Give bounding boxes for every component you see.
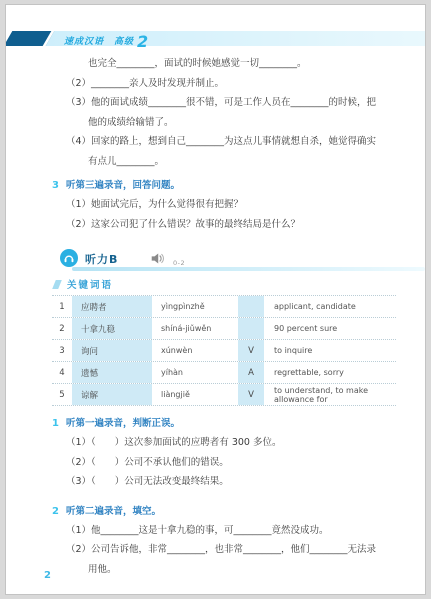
exercise-line: （4）回家的路上，想到自己________为这点儿事情就想自杀，她觉得确实 (50, 132, 403, 152)
vocab-row: 3 询问 xúnwèn V to inquire (52, 340, 396, 362)
section-title: 听第三遍录音，回答问题。 (66, 176, 180, 195)
vocab-num: 3 (52, 340, 72, 361)
vocab-pinyin: yìngpìnzhě (152, 296, 238, 317)
vocab-num: 2 (52, 318, 72, 339)
previous-exercise-block: 也完全________，面试的时候她感觉一切________。 （2）_____… (50, 54, 403, 171)
section-number: 1 (50, 414, 66, 433)
exercise-line: 也完全________，面试的时候她感觉一切________。 (50, 54, 403, 74)
fill-blank-line: （1）他________这是十拿九稳的事，可________竟然没成功。 (50, 521, 403, 541)
section-heading: 1 听第一遍录音，判断正误。 (50, 414, 403, 433)
vocab-row: 5 谅解 liàngjiě V to understand, to make a… (52, 384, 396, 406)
fill-blank-line: 用他。 (50, 560, 403, 580)
vocab-pinyin: xúnwèn (152, 340, 238, 361)
section-heading: 2 听第二遍录音，填空。 (50, 502, 403, 521)
vocab-row: 4 遗憾 yíhàn A regrettable, sorry (52, 362, 396, 384)
headphone-icon (60, 249, 78, 267)
vocab-pos: V (238, 384, 264, 405)
vocab-num: 5 (52, 384, 72, 405)
vocab-word: 应聘者 (72, 296, 152, 317)
vocab-meaning: to inquire (264, 340, 396, 361)
vocab-pos (238, 318, 264, 339)
book-title: 速成汉语高级2 (64, 32, 149, 51)
section-number: 2 (50, 502, 66, 521)
triangle-marker-icon (52, 280, 62, 289)
vocab-pos: V (238, 340, 264, 361)
section-heading: 3 听第三遍录音，回答问题。 (50, 176, 403, 195)
vocab-row: 2 十拿九稳 shíná-jiǔwěn 90 percent sure (52, 318, 396, 340)
exercise-line: 有点儿________。 (50, 152, 403, 172)
question-item: （1）她面试完后，为什么觉得很有把握？ (50, 195, 403, 215)
section-title: 听第一遍录音，判断正误。 (66, 414, 180, 433)
fill-blank-line: （2）公司告诉他，非常________，也非常________，他们______… (50, 540, 403, 560)
speaker-icon (150, 250, 165, 269)
section-title: 听第二遍录音，填空。 (66, 502, 161, 521)
vocab-pos (238, 296, 264, 317)
vocab-word: 十拿九稳 (72, 318, 152, 339)
vocab-table: 1 应聘者 yìngpìnzhě applicant, candidate 2 … (52, 295, 396, 406)
question-item: （2）这家公司犯了什么错误？故事的最终结局是什么？ (50, 215, 403, 235)
listening-b-header: 听力B 0-2 (60, 247, 403, 273)
vocab-pinyin: liàngjiě (152, 384, 238, 405)
vocab-pos: A (238, 362, 264, 383)
vocab-word: 谅解 (72, 384, 152, 405)
listening-b-title: 听力B (85, 251, 118, 267)
textbook-page: 速成汉语高级2 也完全________，面试的时候她感觉一切________。 … (5, 4, 426, 595)
vocab-word: 询问 (72, 340, 152, 361)
vocab-pinyin: shíná-jiǔwěn (152, 318, 238, 339)
section-number: 3 (50, 176, 66, 195)
series-title: 速成汉语 (64, 37, 104, 47)
exercise-line: （3）他的面试成绩________很不错，可是工作人员在________的时候，… (50, 93, 403, 113)
vocab-row: 1 应聘者 yìngpìnzhě applicant, candidate (52, 296, 396, 318)
keywords-label: 关键词语 (67, 277, 113, 291)
audio-track-label: 0-2 (173, 259, 185, 267)
vocab-meaning: applicant, candidate (264, 296, 396, 317)
vocab-num: 1 (52, 296, 72, 317)
true-false-item: （3）（ ）公司无法改变最终结果。 (50, 472, 403, 492)
true-false-item: （1）（ ）这次参加面试的应聘者有 300 多位。 (50, 433, 403, 453)
level-label: 高级 (114, 37, 134, 47)
keywords-heading: 关键词语 (54, 277, 403, 291)
vocab-word: 遗憾 (72, 362, 152, 383)
vocab-meaning: to understand, to make allowance for (264, 384, 396, 405)
exercise-line: （2）________亲人及时发现并制止。 (50, 74, 403, 94)
exercise-line: 他的成绩给输错了。 (50, 113, 403, 133)
vocab-num: 4 (52, 362, 72, 383)
header-flag-shape (5, 31, 54, 46)
vocab-meaning: regrettable, sorry (264, 362, 396, 383)
page-content: 也完全________，面试的时候她感觉一切________。 （2）_____… (6, 48, 425, 579)
vocab-pinyin: yíhàn (152, 362, 238, 383)
vocab-meaning: 90 percent sure (264, 318, 396, 339)
page-number: 2 (44, 570, 51, 581)
true-false-item: （2）（ ）公司不承认他们的错误。 (50, 453, 403, 473)
header-underline-bar (72, 267, 425, 271)
volume-number: 2 (137, 32, 149, 51)
page-header: 速成汉语高级2 (6, 31, 425, 48)
